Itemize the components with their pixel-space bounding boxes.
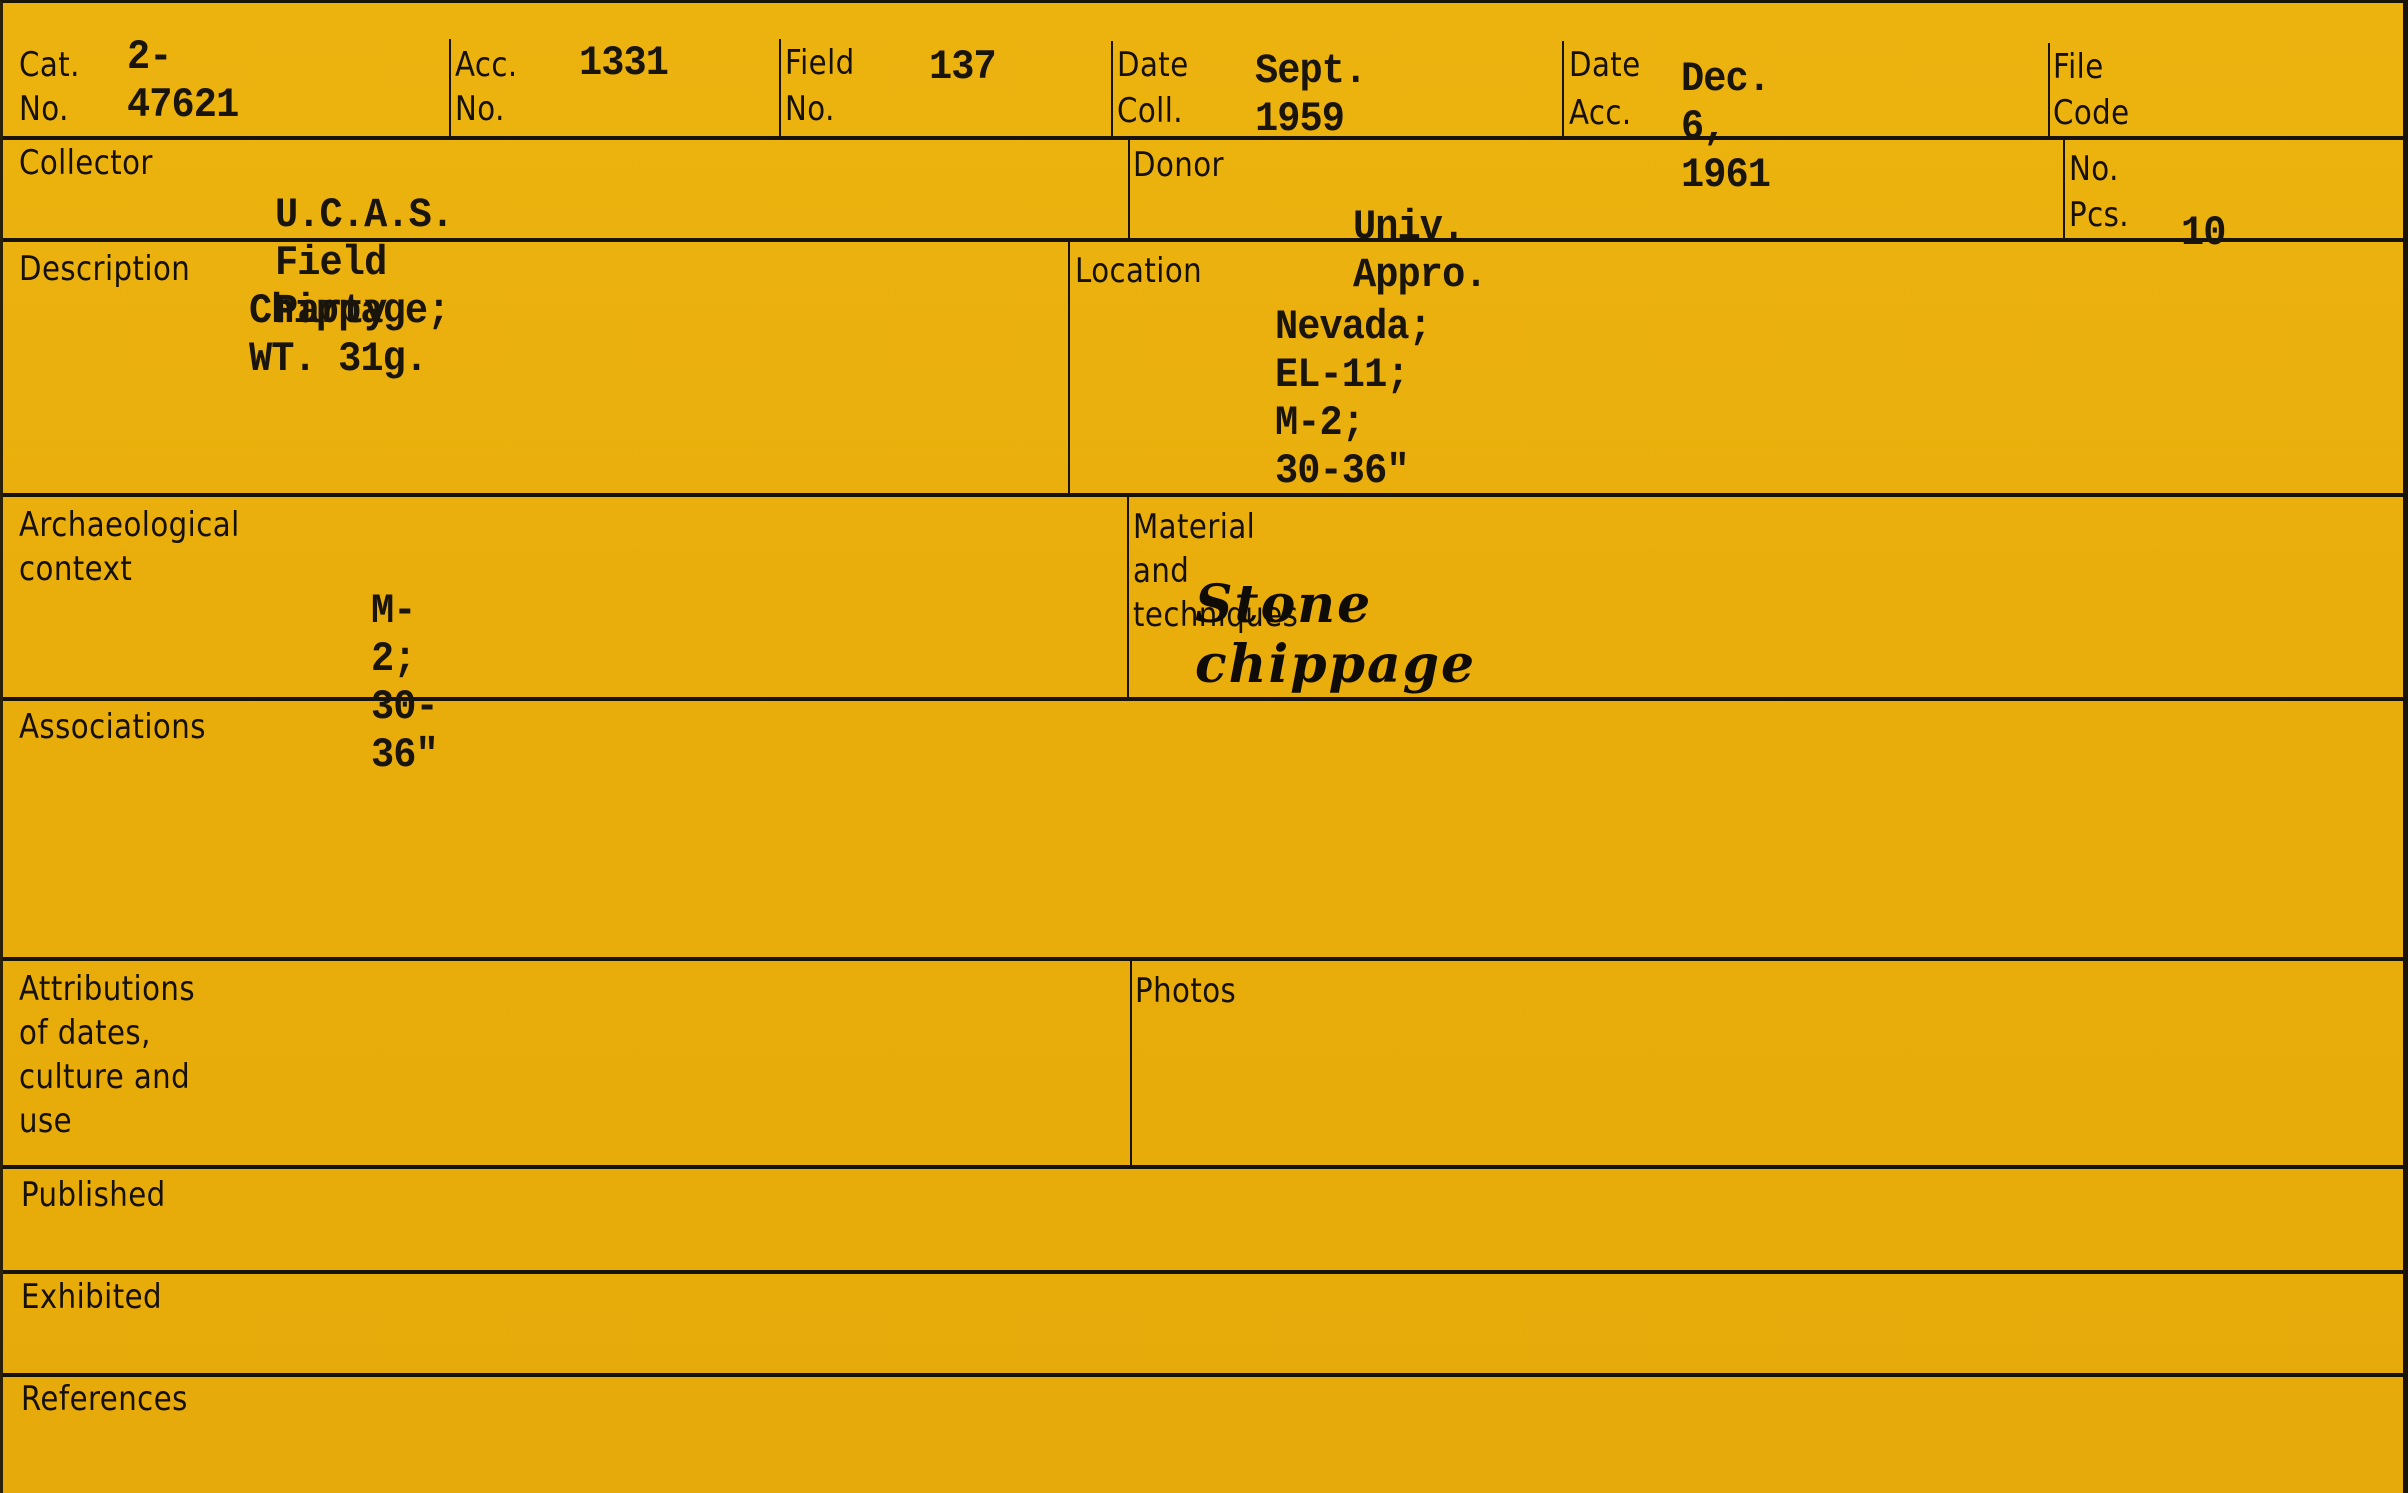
cat-no-value: 2-47621 (127, 33, 238, 129)
collector-label: Collector (19, 141, 153, 185)
file-code-label-top: File (2053, 45, 2104, 89)
references-label: References (21, 1377, 188, 1421)
field-no-value: 137 (929, 43, 996, 91)
field-no-label-bottom: No. (785, 87, 835, 131)
column-divider (779, 39, 781, 138)
acc-no-label-top: Acc. (455, 43, 518, 87)
column-divider (1127, 495, 1129, 699)
acc-no-label-bottom: No. (455, 87, 505, 131)
acc-no-value: 1331 (579, 39, 668, 87)
field-no-label-top: Field (785, 41, 855, 85)
date-coll-value: Sept. 1959 (1255, 47, 1366, 143)
date-coll-label-bottom: Coll. (1117, 89, 1183, 133)
archaeological-context-value: M-2; 30-36" (371, 587, 438, 779)
date-coll-label-top: Date (1117, 43, 1189, 87)
archaeological-context-label: Archaeological context (19, 503, 240, 591)
material-techniques-value: Stone chippage (1195, 575, 1476, 695)
published-label: Published (21, 1173, 166, 1217)
donor-label: Donor (1133, 143, 1224, 187)
column-divider (1130, 959, 1132, 1167)
no-pcs-label-top: No. (2069, 147, 2119, 191)
cat-no-label-bottom: No. (19, 87, 69, 131)
row-divider (3, 1373, 2408, 1377)
date-acc-label-bottom: Acc. (1569, 91, 1632, 135)
donor-value: Univ. Appro. (1353, 203, 1487, 299)
location-label: Location (1075, 249, 1202, 293)
row-divider (3, 493, 2408, 497)
attributions-label: Attributions of dates, culture and use (19, 967, 195, 1143)
exhibited-label: Exhibited (21, 1275, 162, 1319)
column-divider (2063, 138, 2065, 240)
column-divider (2048, 43, 2050, 138)
date-acc-value: Dec. 6, 1961 (1681, 55, 1770, 199)
row-divider (3, 1270, 2408, 1274)
column-divider (1068, 240, 1070, 495)
column-divider (449, 39, 451, 138)
date-acc-label-top: Date (1569, 43, 1641, 87)
photos-label: Photos (1135, 969, 1236, 1013)
row-divider (3, 697, 2408, 701)
no-pcs-label-bottom: Pcs. (2069, 193, 2129, 237)
row-divider (3, 1165, 2408, 1169)
no-pcs-value: 10 (2181, 209, 2226, 257)
description-value: Chippage; WT. 31g. (249, 287, 449, 383)
column-divider (1562, 41, 1564, 138)
cat-no-label-top: Cat. (19, 43, 80, 87)
file-code-label-bottom: Code (2053, 91, 2130, 135)
associations-label: Associations (19, 705, 206, 749)
column-divider (1111, 41, 1113, 138)
column-divider (1128, 138, 1130, 240)
row-divider (3, 957, 2408, 961)
catalog-card: Cat. No. 2-47621 Acc. No. 1331 Field No.… (0, 0, 2408, 1493)
description-label: Description (19, 247, 190, 291)
location-value: Nevada; EL-11; M-2; 30-36" (1275, 303, 1431, 495)
